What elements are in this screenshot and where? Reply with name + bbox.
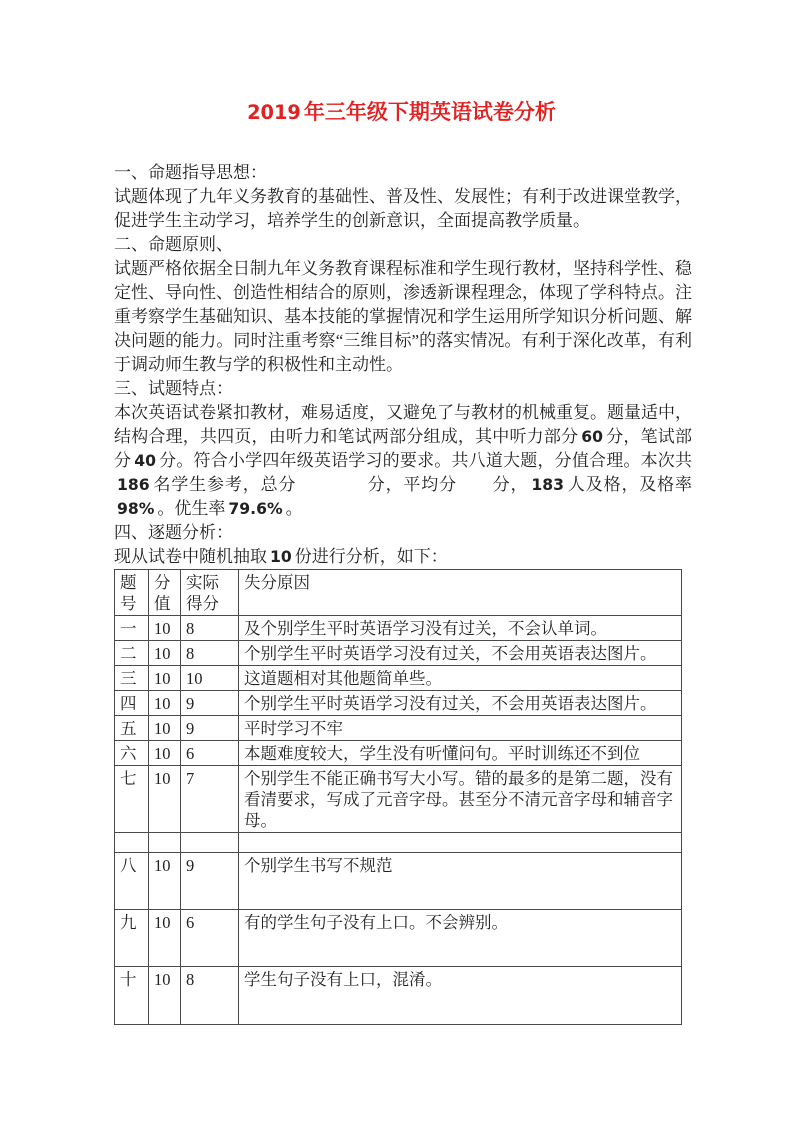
points-cell: 10	[149, 616, 181, 641]
document-title: 2019年三年级下期英语试卷分析	[0, 0, 800, 128]
table-row: 九 10 6 有的学生句子没有上口。不会辨别。	[115, 910, 682, 967]
reason-cell: 本题难度较大，学生没有听懂问句。平时训练还不到位	[239, 741, 682, 766]
score-cell: 9	[181, 716, 239, 741]
points-cell: 10	[149, 741, 181, 766]
document-page: 2019年三年级下期英语试卷分析 一、命题指导思想： 试题体现了九年义务教育的基…	[0, 0, 800, 1132]
table-row: 八 10 9 个别学生书写不规范	[115, 853, 682, 910]
table-row: 七 10 7 个别学生不能正确书写大小写。错的最多的是第二题，没有看清要求，写成…	[115, 766, 682, 833]
points-cell: 10	[149, 691, 181, 716]
question-number-cell: 二	[115, 641, 149, 666]
points-cell: 10	[149, 853, 181, 910]
reason-cell: 个别学生平时英语学习没有过关，不会用英语表达图片。	[239, 641, 682, 666]
section-3-paragraph: 本次英语试卷紧扣教材，难易适度，又避免了与教材的机械重复。题量适中，结构合理，共…	[114, 401, 692, 521]
question-number-cell: 三	[115, 666, 149, 691]
question-number-cell	[115, 833, 149, 853]
question-number-cell: 五	[115, 716, 149, 741]
table-row-empty	[115, 833, 682, 853]
reason-cell: 个别学生平时英语学习没有过关，不会用英语表达图片。	[239, 691, 682, 716]
reason-cell	[239, 833, 682, 853]
table-row: 十 10 8 学生句子没有上口，混淆。	[115, 967, 682, 1025]
reason-cell: 平时学习不牢	[239, 716, 682, 741]
reason-cell: 有的学生句子没有上口。不会辨别。	[239, 910, 682, 967]
question-number-cell: 六	[115, 741, 149, 766]
section-2-paragraph: 试题严格依据全日制九年义务教育课程标准和学生现行教材，坚持科学性、稳定性、导向性…	[114, 257, 692, 377]
score-cell: 8	[181, 641, 239, 666]
question-number-cell: 八	[115, 853, 149, 910]
document-body: 一、命题指导思想： 试题体现了九年义务教育的基础性、普及性、发展性；有利于改进课…	[114, 161, 692, 1025]
question-number-cell: 十	[115, 967, 149, 1025]
reason-cell: 个别学生不能正确书写大小写。错的最多的是第二题，没有看清要求，写成了元音字母。甚…	[239, 766, 682, 833]
section-4-paragraph: 现从试卷中随机抽取10份进行分析，如下：	[114, 545, 692, 569]
points-cell: 10	[149, 666, 181, 691]
score-cell: 9	[181, 853, 239, 910]
question-number-cell: 七	[115, 766, 149, 833]
question-number-cell: 四	[115, 691, 149, 716]
table-row: 二 10 8 个别学生平时英语学习没有过关，不会用英语表达图片。	[115, 641, 682, 666]
points-cell: 10	[149, 910, 181, 967]
score-cell: 9	[181, 691, 239, 716]
question-analysis-table: 题号 分值 实际得分 失分原因 一 10 8 及个别学生平时英语学习没有过关，不…	[114, 569, 682, 1025]
reason-cell: 这道题相对其他题简单些。	[239, 666, 682, 691]
score-cell: 8	[181, 967, 239, 1025]
table-row: 三 10 10 这道题相对其他题简单些。	[115, 666, 682, 691]
score-cell: 6	[181, 741, 239, 766]
score-cell: 7	[181, 766, 239, 833]
points-cell: 10	[149, 716, 181, 741]
section-1-heading: 一、命题指导思想：	[114, 161, 692, 185]
score-cell: 8	[181, 616, 239, 641]
header-loss-reason: 失分原因	[239, 570, 682, 616]
table-row: 一 10 8 及个别学生平时英语学习没有过关，不会认单词。	[115, 616, 682, 641]
points-cell: 10	[149, 766, 181, 833]
points-cell: 10	[149, 967, 181, 1025]
section-1-paragraph: 试题体现了九年义务教育的基础性、普及性、发展性；有利于改进课堂教学，促进学生主动…	[114, 185, 692, 233]
score-cell: 6	[181, 910, 239, 967]
score-cell	[181, 833, 239, 853]
points-cell: 10	[149, 641, 181, 666]
header-actual-score: 实际得分	[181, 570, 239, 616]
table-row: 五 10 9 平时学习不牢	[115, 716, 682, 741]
reason-cell: 个别学生书写不规范	[239, 853, 682, 910]
score-cell: 10	[181, 666, 239, 691]
reason-cell: 及个别学生平时英语学习没有过关，不会认单词。	[239, 616, 682, 641]
reason-cell: 学生句子没有上口，混淆。	[239, 967, 682, 1025]
table-row: 六 10 6 本题难度较大，学生没有听懂问句。平时训练还不到位	[115, 741, 682, 766]
section-3-heading: 三、试题特点：	[114, 377, 692, 401]
section-2-heading: 二、命题原则、	[114, 233, 692, 257]
header-points: 分值	[149, 570, 181, 616]
question-number-cell: 一	[115, 616, 149, 641]
header-question-number: 题号	[115, 570, 149, 616]
table-row: 四 10 9 个别学生平时英语学习没有过关，不会用英语表达图片。	[115, 691, 682, 716]
section-4-heading: 四、逐题分析：	[114, 521, 692, 545]
points-cell	[149, 833, 181, 853]
question-number-cell: 九	[115, 910, 149, 967]
table-header-row: 题号 分值 实际得分 失分原因	[115, 570, 682, 616]
